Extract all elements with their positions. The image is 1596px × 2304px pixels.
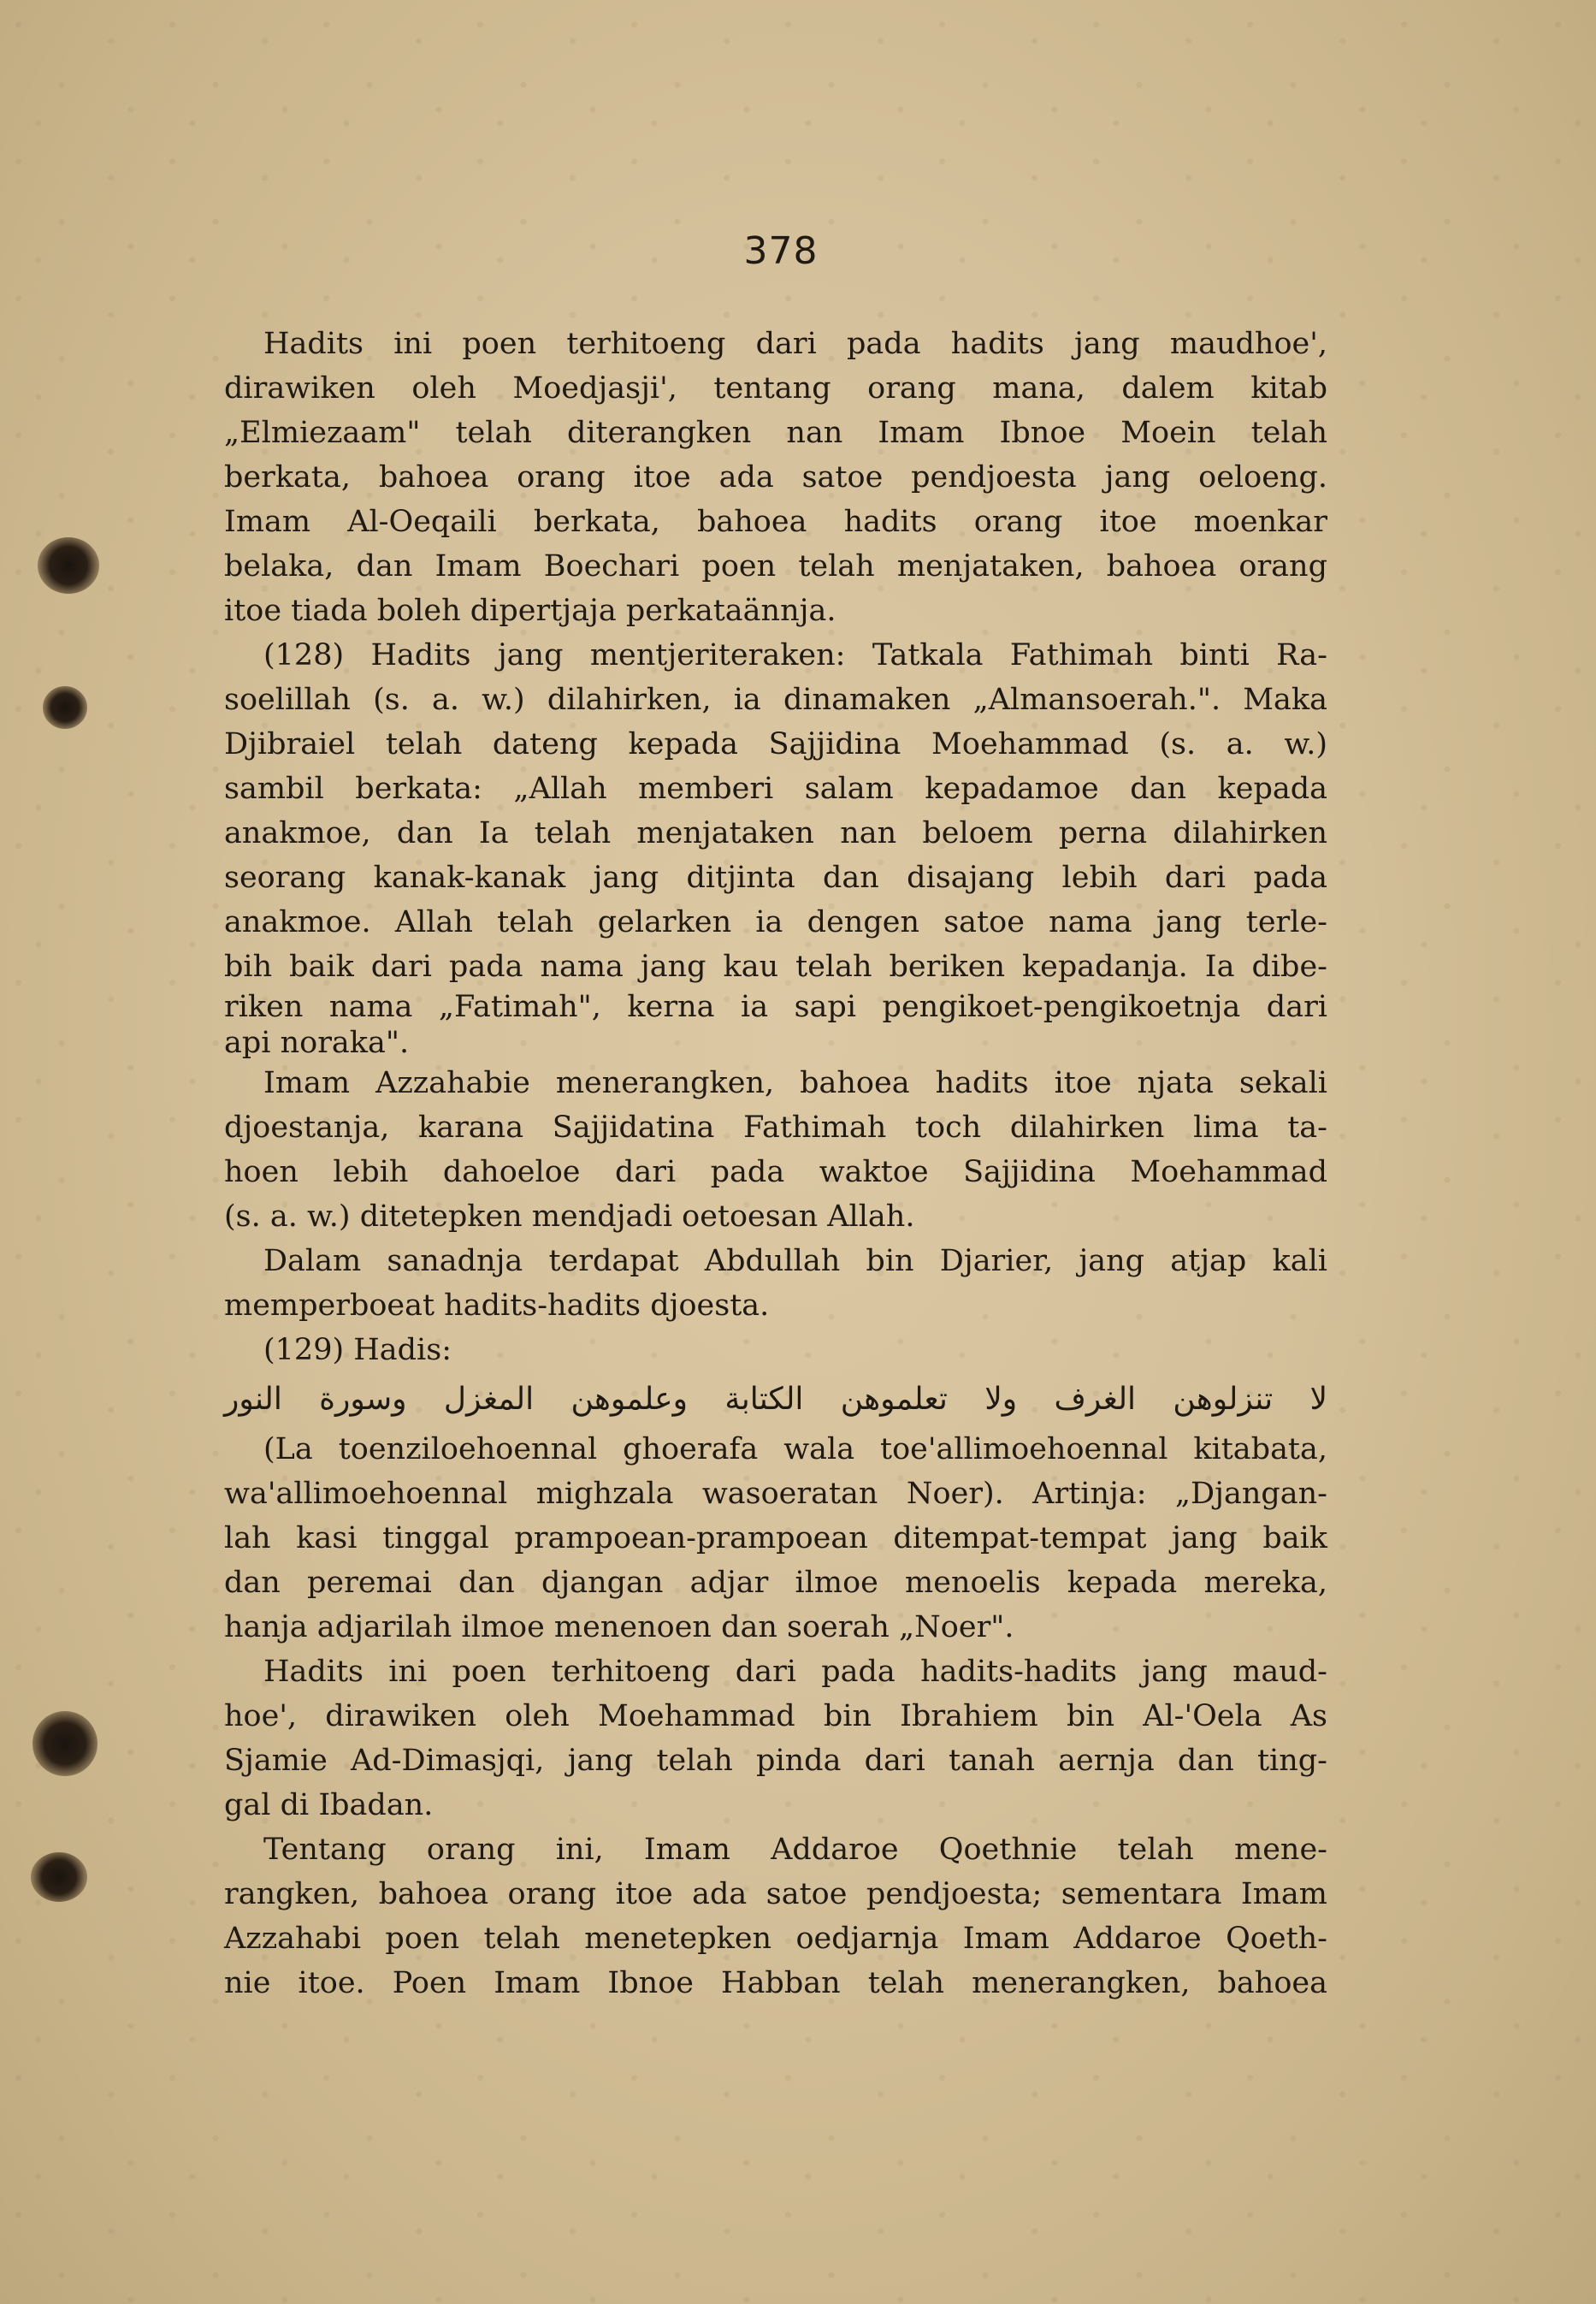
paragraph-azzahabie: Imam Azzahabie menerangken, bahoea hadit… [224,1061,1327,1239]
text-line: itoe tiada boleh dipertjaja perkataännja… [224,589,1327,633]
text-line: dan peremai dan djangan adjar ilmoe meno… [224,1561,1327,1605]
text-line: Hadits ini poen terhitoeng dari pada had… [224,322,1327,366]
text-line: hoe', dirawiken oleh Moehammad bin Ibrah… [224,1694,1327,1738]
paragraph-1: Hadits ini poen terhitoeng dari pada had… [224,322,1327,633]
text-line: anakmoe, dan Ia telah menjataken nan bel… [224,811,1327,856]
text-line: djoestanja, karana Sajjidatina Fathimah … [224,1105,1327,1150]
text-line: „Elmiezaam" telah diterangken nan Imam I… [224,411,1327,455]
binding-hole-4 [31,1852,87,1902]
text-line: Sjamie Ad-Dimasjqi, jang telah pinda dar… [224,1738,1327,1783]
text-line: rangken, bahoea orang itoe ada satoe pen… [224,1872,1327,1916]
text-line: (La toenziloehoennal ghoerafa wala toe'a… [224,1427,1327,1472]
text-line: Djibraiel telah dateng kepada Sajjidina … [224,722,1327,767]
text-line: hoen lebih dahoeloe dari pada waktoe Saj… [224,1150,1327,1194]
text-line: (s. a. w.) ditetepken mendjadi oetoesan … [224,1194,1327,1239]
text-line: soelillah (s. a. w.) dilahirken, ia dina… [224,678,1327,722]
text-line: Imam Azzahabie menerangken, bahoea hadit… [224,1061,1327,1105]
text-line: gal di Ibadan. [224,1783,1327,1827]
text-line: dirawiken oleh Moedjasji', tentang orang… [224,366,1327,411]
text-line: Hadits ini poen terhitoeng dari pada had… [224,1650,1327,1694]
text-line: nie itoe. Poen Imam Ibnoe Habban telah m… [224,1961,1327,2005]
text-line: lah kasi tinggal prampoean-prampoean dit… [224,1516,1327,1561]
text-line: (128) Hadits jang mentjeriteraken: Tatka… [224,633,1327,678]
paragraph-transliteration: (La toenziloehoennal ghoerafa wala toe'a… [224,1427,1327,1650]
text-line: anakmoe. Allah telah gelarken ia dengen … [224,900,1327,945]
arabic-quote: لا تنزلوهن الغرف ولا تعلموهن الكتابة وعل… [224,1372,1327,1427]
text-line: Imam Al-Oeqaili berkata, bahoea hadits o… [224,500,1327,544]
paragraph-129-heading: (129) Hadis: [224,1328,1327,1372]
text-line: Azzahabi poen telah menetepken oedjarnja… [224,1916,1327,1961]
text-line: seorang kanak-kanak jang ditjinta dan di… [224,856,1327,900]
text-line: Tentang orang ini, Imam Addaroe Qoethnie… [224,1827,1327,1872]
text-line: api noraka". [224,1025,1327,1061]
paragraph-tentang: Tentang orang ini, Imam Addaroe Qoethnie… [224,1827,1327,2005]
arabic-text-line: لا تنزلوهن الغرف ولا تعلموهن الكتابة وعل… [224,1372,1327,1427]
text-line: sambil berkata: „Allah memberi salam kep… [224,767,1327,811]
text-line: bih baik dari pada nama jang kau telah b… [224,945,1327,989]
text-line: (129) Hadis: [224,1328,1327,1372]
page-number: 378 [0,229,1562,273]
paragraph-sanad: Dalam sanadnja terdapat Abdullah bin Dja… [224,1239,1327,1328]
text-line: Dalam sanadnja terdapat Abdullah bin Dja… [224,1239,1327,1283]
binding-hole-2 [43,686,87,729]
paragraph-128: (128) Hadits jang mentjeriteraken: Tatka… [224,633,1327,1061]
binding-hole-3 [33,1711,98,1776]
text-line: wa'allimoehoennal mighzala wasoeratan No… [224,1472,1327,1516]
page-body: Hadits ini poen terhitoeng dari pada had… [224,322,1327,2005]
text-line: hanja adjarilah ilmoe menenoen dan soera… [224,1605,1327,1650]
binding-hole-1 [38,537,99,594]
text-line: memperboeat hadits-hadits djoesta. [224,1283,1327,1328]
text-line: berkata, bahoea orang itoe ada satoe pen… [224,455,1327,500]
paragraph-hadits-maudhoe: Hadits ini poen terhitoeng dari pada had… [224,1650,1327,1827]
text-line: riken nama „Fatimah", kerna ia sapi peng… [224,989,1327,1025]
text-line: belaka, dan Imam Boechari poen telah men… [224,544,1327,589]
